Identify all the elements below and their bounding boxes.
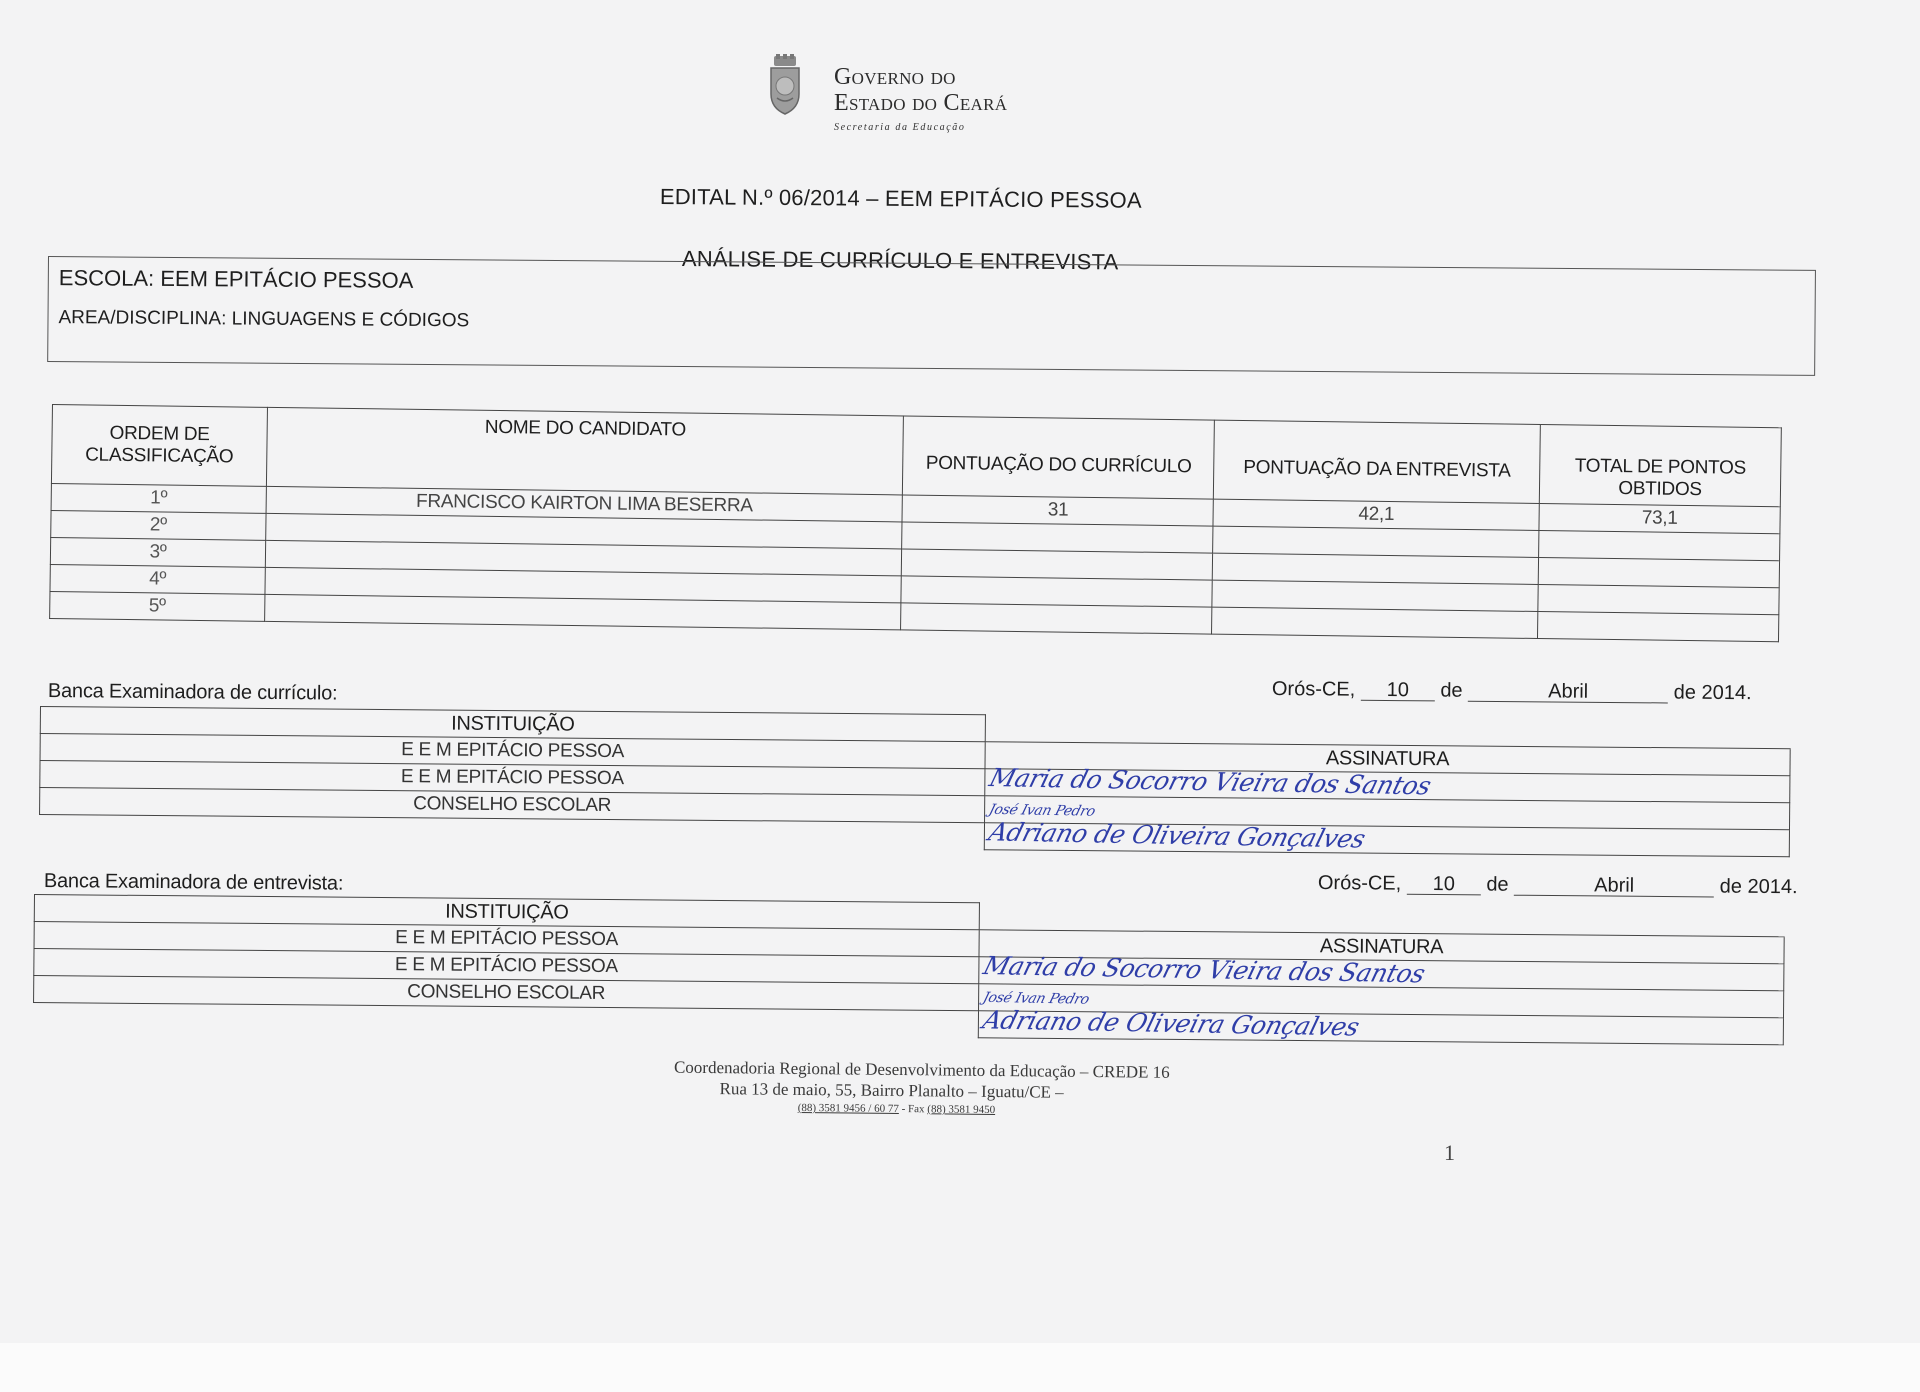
letterhead-line-2: Estado do Ceará xyxy=(834,90,1007,117)
header-interview-score: PONTUAÇÃO DA ENTREVISTA xyxy=(1214,420,1541,503)
total-score-cell: 73,1 xyxy=(1539,503,1780,533)
date-de: de xyxy=(1486,873,1508,895)
signature-cell: Adriano de Oliveira Gonçalves xyxy=(984,823,1789,857)
interview-board-label: Banca Examinadora de entrevista: xyxy=(44,870,344,896)
interview-board-table: INSTITUIÇÃO E E M EPITÁCIO PESSOA ASSINA… xyxy=(33,894,1785,1045)
school-info-box: ESCOLA: EEM EPITÁCIO PESSOA AREA/DISCIPL… xyxy=(47,256,1816,376)
header-rank: ORDEM DE CLASSIFICAÇÃO xyxy=(51,405,267,487)
handwritten-signature: Maria do Socorro Vieira dos Santos xyxy=(987,768,1432,796)
header-candidate-name: NOME DO CANDIDATO xyxy=(266,407,904,495)
handwritten-signature: Maria do Socorro Vieira dos Santos xyxy=(981,956,1426,984)
school-name: ESCOLA: EEM EPITÁCIO PESSOA xyxy=(59,265,414,294)
rank-cell: 1º xyxy=(51,483,266,513)
handwritten-signature: Adriano de Oliveira Gonçalves xyxy=(981,1010,1361,1037)
total-score-cell xyxy=(1538,584,1779,614)
date-city: Orós-CE, xyxy=(1318,872,1402,895)
curriculum-score-cell xyxy=(902,522,1213,553)
discipline-area: AREA/DISCIPLINA: LINGUAGENS E CÓDIGOS xyxy=(58,307,469,332)
date-day: 10 xyxy=(1361,680,1435,702)
total-score-cell xyxy=(1538,557,1779,587)
signature-cell: Adriano de Oliveira Gonçalves xyxy=(978,1011,1783,1045)
interview-score-cell xyxy=(1212,607,1538,638)
handwritten-signature: Adriano de Oliveira Gonçalves xyxy=(987,822,1367,849)
letterhead-line-1: Governo do xyxy=(834,64,956,91)
results-table: ORDEM DE CLASSIFICAÇÃO NOME DO CANDIDATO… xyxy=(49,404,1782,642)
header-total-score: TOTAL DE PONTOS OBTIDOS xyxy=(1539,425,1781,507)
date-day: 10 xyxy=(1407,874,1481,896)
letterhead-secretaria: Secretaria da Educação xyxy=(834,122,965,133)
date-year: de 2014. xyxy=(1720,876,1798,899)
curriculum-score-cell xyxy=(901,576,1212,607)
footer-fax-label: - Fax xyxy=(899,1103,928,1115)
date-city: Orós-CE, xyxy=(1272,678,1356,701)
total-score-cell xyxy=(1538,611,1779,641)
curriculum-score-cell xyxy=(901,603,1212,634)
state-coat-of-arms-icon xyxy=(768,54,802,116)
date-year: de 2014. xyxy=(1674,682,1752,705)
scanned-page: Governo do Estado do Ceará Secretaria da… xyxy=(0,0,1920,1344)
rank-cell: 2º xyxy=(51,510,266,540)
interview-board-date: Orós-CE, 10 de Abril de 2014. xyxy=(1318,872,1798,899)
curriculum-score-cell: 31 xyxy=(902,495,1213,526)
date-month: Abril xyxy=(1514,875,1714,898)
footer-fax: (88) 3581 9450 xyxy=(927,1103,995,1116)
total-score-cell xyxy=(1539,530,1780,560)
footer-phone: (88) 3581 9456 / 60 77 xyxy=(798,1102,899,1115)
date-month: Abril xyxy=(1468,681,1668,704)
curriculum-board-date: Orós-CE, 10 de Abril de 2014. xyxy=(1272,678,1752,705)
curriculum-board-table: INSTITUIÇÃO E E M EPITÁCIO PESSOA ASSINA… xyxy=(39,706,1791,857)
curriculum-score-cell xyxy=(902,549,1213,580)
rank-cell: 3º xyxy=(50,537,265,567)
header-curriculum-score: PONTUAÇÃO DO CURRÍCULO xyxy=(903,416,1215,499)
footer-address: Coordenadoria Regional de Desenvolviment… xyxy=(611,1056,1232,1120)
date-de: de xyxy=(1440,679,1462,701)
edital-title: EDITAL N.º 06/2014 – EEM EPITÁCIO PESSOA xyxy=(660,184,1142,214)
curriculum-board-label: Banca Examinadora de currículo: xyxy=(48,680,338,706)
scan-background xyxy=(0,1343,1920,1392)
rank-cell: 5º xyxy=(50,591,265,621)
rank-cell: 4º xyxy=(50,564,265,594)
letterhead: Governo do Estado do Ceará Secretaria da… xyxy=(768,52,1068,142)
page-number: 1 xyxy=(1444,1140,1455,1166)
